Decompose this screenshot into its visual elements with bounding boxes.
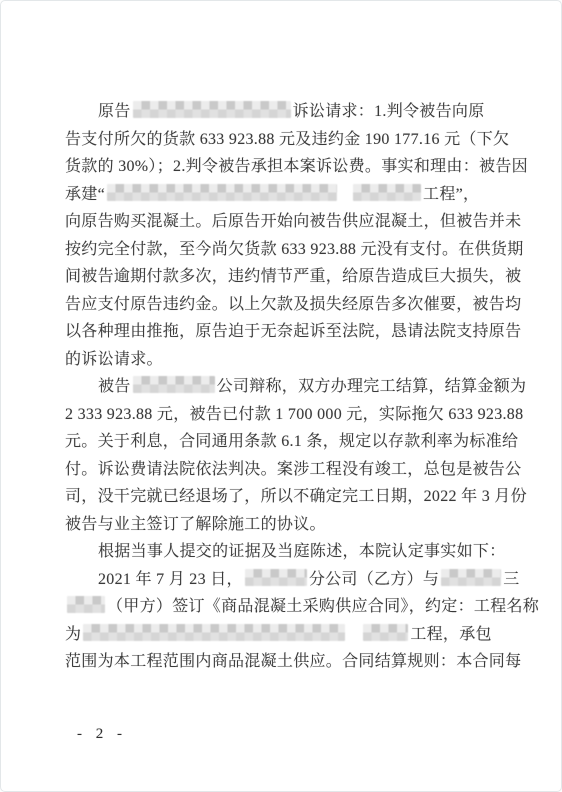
redaction-mosaic [441,569,501,586]
spacer [347,632,361,633]
text-segment: 范围为本工程范围内商品混凝土供应。合同结算规则：本合同每 [65,648,521,671]
redaction-mosaic [83,624,345,641]
redaction-mosaic [133,376,215,393]
document-line: 以各种理由推拖，原告迫于无奈起诉至法院，恳请法院支持原告 [65,316,511,344]
document-line: 承建“工程”， [65,179,511,207]
document-line: 向原告购买混凝土。后原告开始向被告供应混凝土，但被告并未 [65,206,511,234]
text-segment: 分公司（乙方）与 [309,566,439,589]
text-segment: 以各种理由推拖，原告迫于无奈起诉至法院，恳请法院支持原告 [65,318,521,341]
document-line: 告支付所欠的货款 633 923.88 元及违约金 190 177.16 元（下… [65,124,511,152]
document-page: 原告诉讼请求：1.判令被告向原告支付所欠的货款 633 923.88 元及违约金… [0,0,562,792]
document-line: 原告诉讼请求：1.判令被告向原 [65,96,511,124]
document-line: 司，没干完就已经退场了，所以不确定完工日期，2022 年 3 月份 [65,481,511,509]
redaction-mosaic [67,596,105,613]
document-line: 被告与业主签订了解除施工的协议。 [65,509,511,537]
redaction-mosaic [133,101,291,118]
page-number: - 2 - [77,726,127,743]
document-line: 为工程，承包 [65,619,511,647]
document-line: 范围为本工程范围内商品混凝土供应。合同结算规则：本合同每 [65,646,511,674]
text-segment: 元。关于利息，合同通用条款 6.1 条，规定以存款利率为标准给 [65,428,518,451]
text-segment: 三 [503,566,519,589]
redaction-mosaic [363,624,408,641]
text-segment: 间被告逾期付款多次，违约情节严重，给原告造成巨大损失，被 [65,263,521,286]
text-segment: 被告与业主签订了解除施工的协议。 [65,511,326,534]
text-segment: 承建“ [65,181,105,204]
text-segment: 诉讼请求：1.判令被告向原 [293,98,485,121]
text-segment: 公司辩称，双方办理完工结算，结算金额为 [217,373,527,396]
document-line: 间被告逾期付款多次，违约情节严重，给原告造成巨大损失，被 [65,261,511,289]
document-line: 2 333 923.88 元，被告已付款 1 700 000 元，实际拖欠 63… [65,399,511,427]
text-segment: 根据当事人提交的证据及当庭陈述，本院认定事实如下： [98,538,506,561]
text-segment: 原告 [98,98,131,121]
document-line: 根据当事人提交的证据及当庭陈述，本院认定事实如下： [65,536,511,564]
document-line: 货款的 30%）；2.判令被告承担本案诉讼费。事实和理由：被告因 [65,151,511,179]
text-segment: 货款的 30%）；2.判令被告承担本案诉讼费。事实和理由：被告因 [65,153,528,176]
document-line: 元。关于利息，合同通用条款 6.1 条，规定以存款利率为标准给 [65,426,511,454]
text-segment: 向原告购买混凝土。后原告开始向被告供应混凝土，但被告并未 [65,208,521,231]
text-segment: 被告 [98,373,131,396]
text-segment: 告支付所欠的货款 633 923.88 元及违约金 190 177.16 元（下… [65,126,509,149]
text-segment: 司，没干完就已经退场了，所以不确定完工日期，2022 年 3 月份 [65,483,527,506]
text-segment: 按约完全付款，至今尚欠货款 633 923.88 元没有支付。在供货期 [65,236,524,259]
text-segment: 工程，承包 [410,621,492,644]
document-lines: 原告诉讼请求：1.判令被告向原告支付所欠的货款 633 923.88 元及违约金… [65,96,511,674]
spacer [339,192,351,193]
text-segment: 2021 年 7 月 23 日， [98,566,243,589]
text-segment: 告应支付原告违约金。以上欠款及损失经原告多次催要，被告均 [65,291,521,314]
document-line: 被告公司辩称，双方办理完工结算，结算金额为 [65,371,511,399]
redaction-mosaic [353,184,421,201]
redaction-mosaic [107,184,337,201]
document-line: 付。诉讼费请法院依法判决。案涉工程没有竣工，总包是被告公 [65,454,511,482]
document-body: 原告诉讼请求：1.判令被告向原告支付所欠的货款 633 923.88 元及违约金… [65,96,511,674]
text-segment: 工程”， [423,181,479,204]
document-line: 的诉讼请求。 [65,344,511,372]
redaction-mosaic [245,569,307,586]
document-line: （甲方）签订《商品混凝土采购供应合同》，约定：工程名称 [65,591,511,619]
document-line: 按约完全付款，至今尚欠货款 633 923.88 元没有支付。在供货期 [65,234,511,262]
text-segment: 2 333 923.88 元，被告已付款 1 700 000 元，实际拖欠 63… [65,401,523,424]
document-line: 2021 年 7 月 23 日，分公司（乙方）与三 [65,564,511,592]
text-segment: （甲方）签订《商品混凝土采购供应合同》，约定：工程名称 [107,593,539,616]
text-segment: 的诉讼请求。 [65,346,163,369]
text-segment: 为 [65,621,81,644]
text-segment: 付。诉讼费请法院依法判决。案涉工程没有竣工，总包是被告公 [65,456,521,479]
document-line: 告应支付原告违约金。以上欠款及损失经原告多次催要，被告均 [65,289,511,317]
